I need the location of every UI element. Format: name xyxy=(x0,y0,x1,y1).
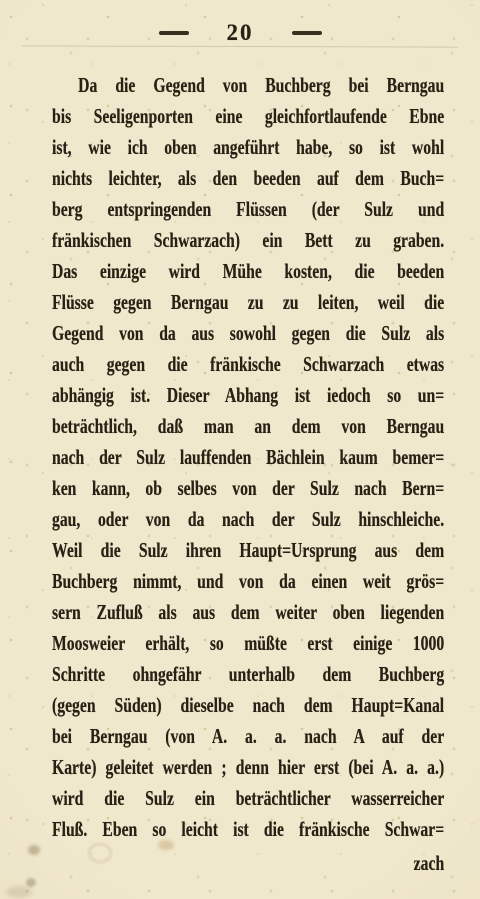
text-line: Weil die Sulz ihren Haupt=Ursprung aus d… xyxy=(52,535,444,566)
text-line: abhängig ist. Dieser Abhang ist iedoch s… xyxy=(52,380,444,411)
text-line: bei Berngau (von A. a. a. nach A auf der xyxy=(52,721,444,752)
text-line: ken kann, ob selbes von der Sulz nach Be… xyxy=(52,473,444,504)
header-dash-right-icon xyxy=(292,31,322,35)
text-line: auch gegen die fränkische Schwarzach etw… xyxy=(52,349,444,380)
text-line: sern Zufluß als aus dem weiter oben lieg… xyxy=(52,597,444,628)
text-line: Schritte ohngefähr unterhalb dem Buchber… xyxy=(52,659,444,690)
text-line: Flüsse gegen Berngau zu zu leiten, weil … xyxy=(52,287,444,318)
paper-stain xyxy=(6,886,32,898)
text-line: Fluß. Eben so leicht ist die fränkische … xyxy=(52,814,444,845)
text-line: Das einzige wird Mühe kosten, die beeden xyxy=(52,256,444,287)
text-line: nach der Sulz lauffenden Bächlein kaum b… xyxy=(52,442,444,473)
text-line: Gegend von da aus sowohl gegen die Sulz … xyxy=(52,318,444,349)
page-header: 20 xyxy=(0,18,480,48)
text-line: Karte) geleitet werden ; denn hier erst … xyxy=(52,752,444,783)
text-line: nichts leichter, als den beeden auf dem … xyxy=(52,163,444,194)
text-line: ist, wie ich oben angeführt habe, so ist… xyxy=(52,132,444,163)
header-dash-left-icon xyxy=(159,31,189,35)
text-line: (gegen Süden) dieselbe nach dem Haupt=Ka… xyxy=(52,690,444,721)
paper-stain xyxy=(28,845,40,855)
text-line: fränkischen Schwarzach) ein Bett zu grab… xyxy=(52,225,444,256)
book-page-scan: 20 Da die Gegend von Buchberg bei Bernga… xyxy=(0,0,480,899)
body-text: Da die Gegend von Buchberg bei Berngau b… xyxy=(52,70,444,879)
paper-stain xyxy=(26,878,36,887)
page-number: 20 xyxy=(227,20,254,46)
text-line: berg entspringenden Flüssen (der Sulz un… xyxy=(52,194,444,225)
text-line: bis Seeligenporten eine gleichfortlaufen… xyxy=(52,101,444,132)
text-line: Da die Gegend von Buchberg bei Berngau xyxy=(52,70,444,101)
text-line: beträchtlich, daß man an dem von Berngau xyxy=(52,411,444,442)
text-line: Buchberg nimmt, und von da einen weit gr… xyxy=(52,566,444,597)
text-line: Moosweier erhält, so müßte erst einige 1… xyxy=(52,628,444,659)
text-line: wird die Sulz ein beträchtlicher wasserr… xyxy=(52,783,444,814)
catchword: zach xyxy=(52,848,444,879)
text-line: gau, oder von da nach der Sulz hinschlei… xyxy=(52,504,444,535)
